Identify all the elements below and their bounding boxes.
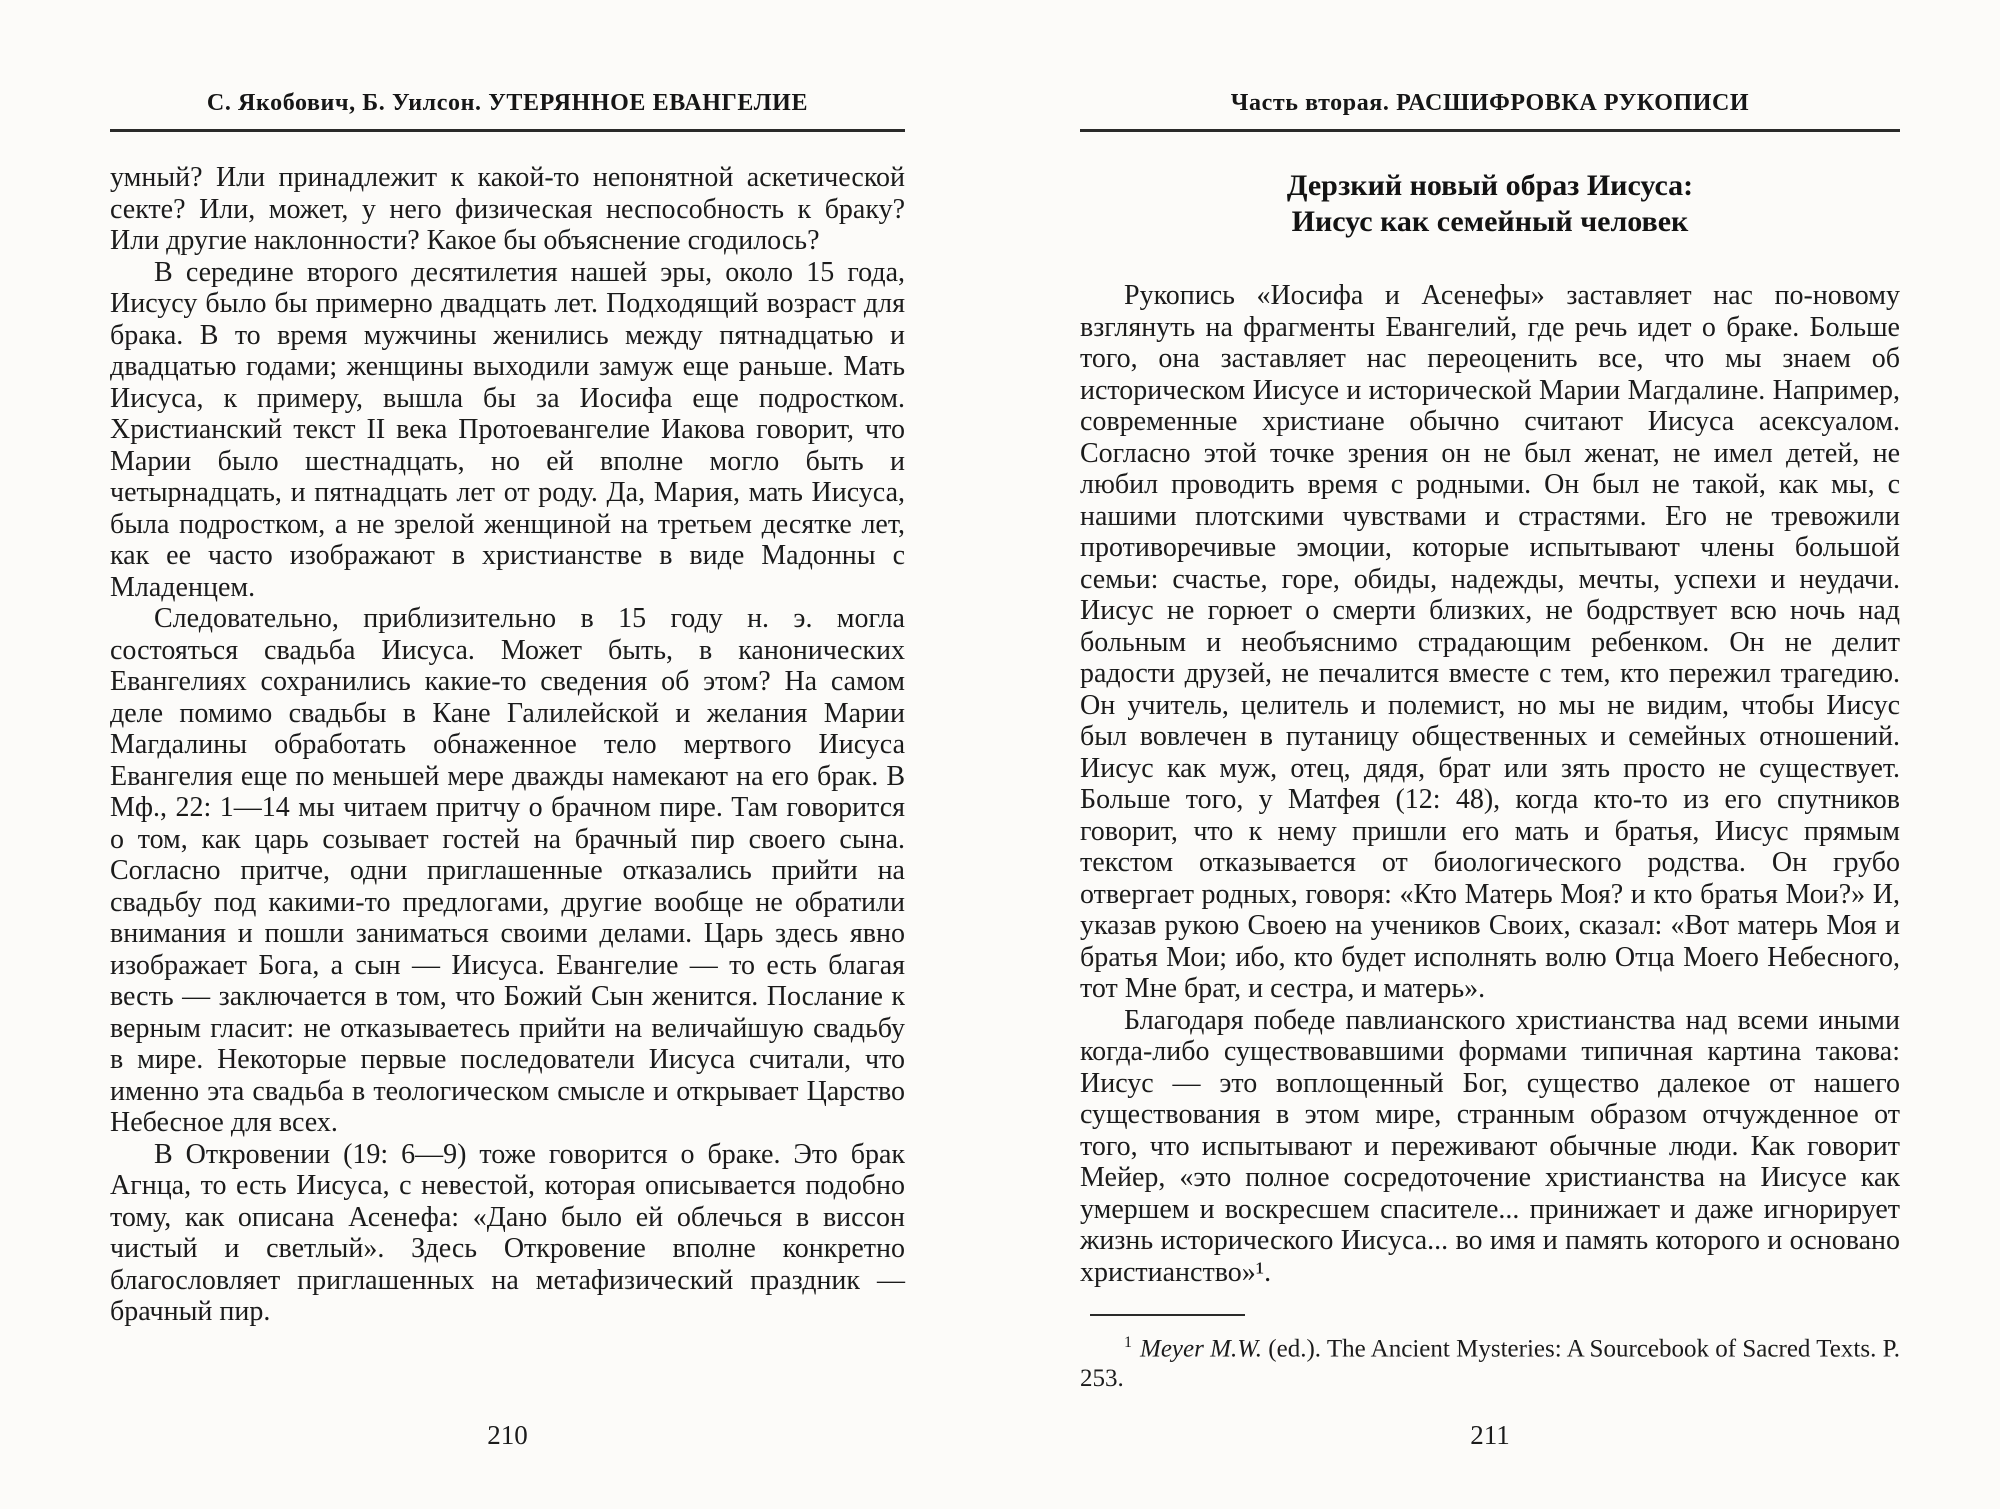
footnote-marker: 1 — [1124, 1334, 1132, 1351]
paragraph: Рукопись «Иосифа и Асенефы» заставляет н… — [1080, 280, 1900, 1005]
footnote: 1Meyer M.W. (ed.). The Ancient Mysteries… — [1080, 1328, 1900, 1394]
right-page: Часть вторая. РАСШИФРОВКА РУКОПИСИ Дерзк… — [1080, 90, 1900, 1480]
right-body-text: Рукопись «Иосифа и Асенефы» заставляет н… — [1080, 280, 1900, 1288]
paragraph: В Откровении (19: 6—9) тоже говорится о … — [110, 1139, 905, 1328]
left-page-number: 210 — [110, 1420, 905, 1451]
left-running-head: С. Якобович, Б. Уилсон. УТЕРЯННОЕ ЕВАНГЕ… — [110, 90, 905, 132]
chapter-title-line2: Иисус как семейный человек — [1292, 205, 1689, 238]
paragraph: Следовательно, приблизительно в 15 году … — [110, 603, 905, 1139]
left-body-text: умный? Или принадлежит к какой-то непоня… — [110, 162, 905, 1328]
footnote-author: Meyer M.W. — [1140, 1335, 1262, 1362]
right-running-head: Часть вторая. РАСШИФРОВКА РУКОПИСИ — [1080, 90, 1900, 132]
footnote-separator — [1090, 1314, 1245, 1316]
left-page: С. Якобович, Б. Уилсон. УТЕРЯННОЕ ЕВАНГЕ… — [110, 90, 905, 1480]
chapter-title: Дерзкий новый образ Иисуса: Иисус как се… — [1080, 168, 1900, 240]
paragraph: В середине второго десятилетия нашей эры… — [110, 257, 905, 604]
chapter-title-line1: Дерзкий новый образ Иисуса: — [1287, 169, 1693, 202]
book-spread: С. Якобович, Б. Уилсон. УТЕРЯННОЕ ЕВАНГЕ… — [0, 0, 2000, 1509]
paragraph: Благодаря победе павлианского христианст… — [1080, 1005, 1900, 1289]
right-page-number: 211 — [1080, 1420, 1900, 1451]
paragraph-continuation: умный? Или принадлежит к какой-то непоня… — [110, 162, 905, 257]
